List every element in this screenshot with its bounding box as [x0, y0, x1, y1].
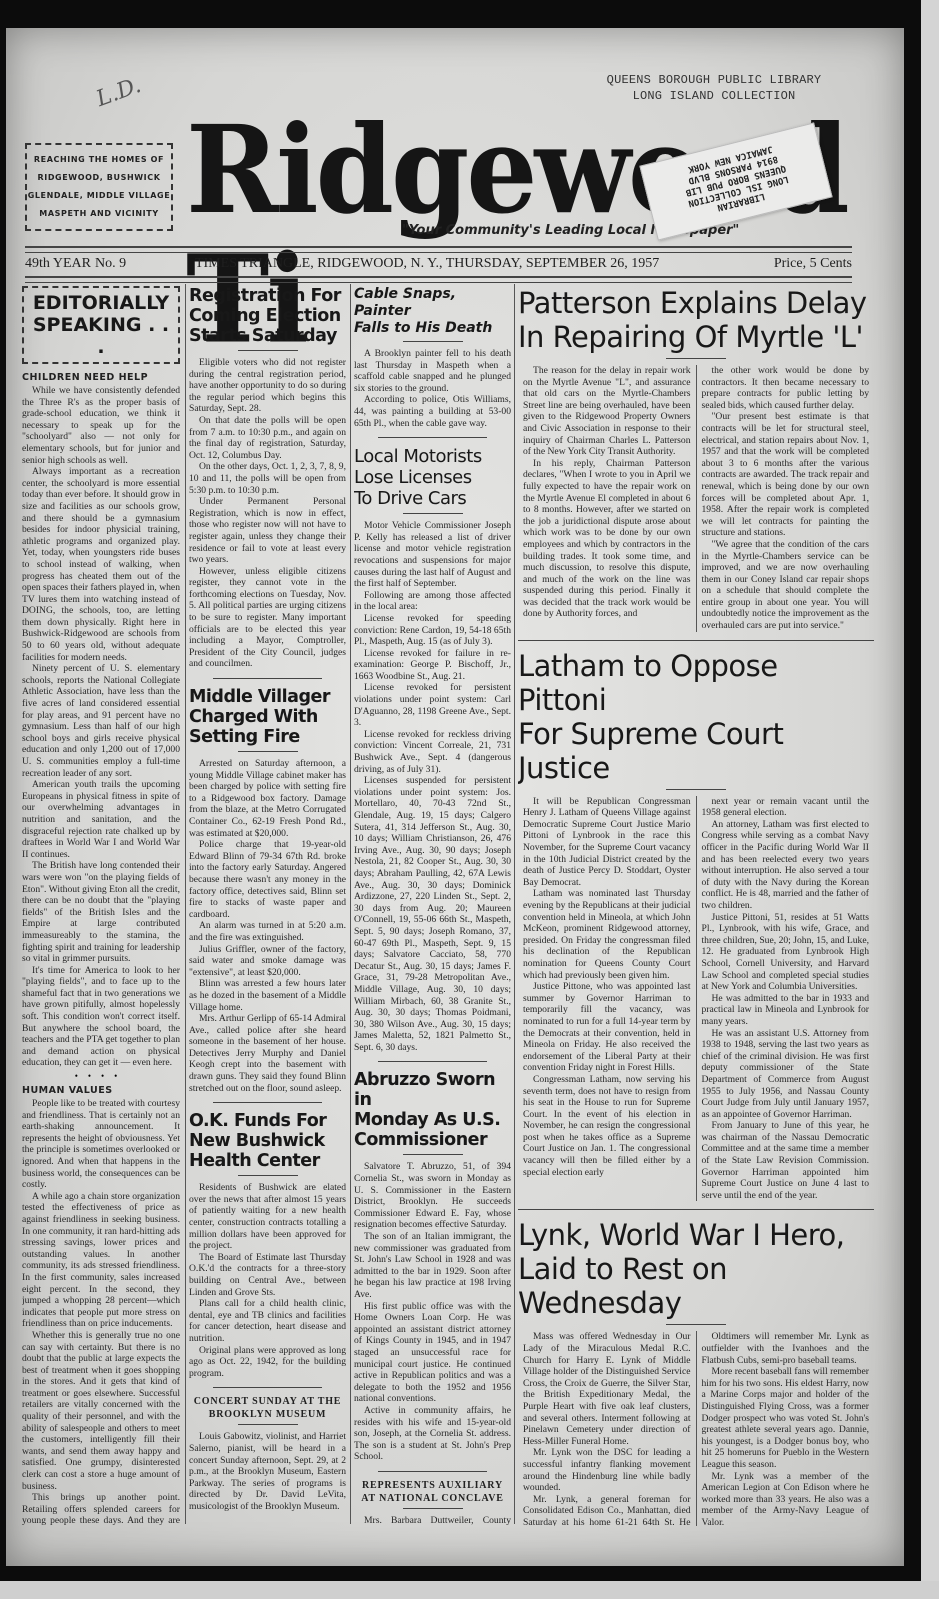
paragraph: "Our present best estimate is that contr…: [702, 411, 870, 539]
scan-edge-right: [921, 0, 939, 1599]
headline-auxiliary: REPRESENTS AUXILIARY AT NATIONAL CONCLAV…: [354, 1480, 511, 1504]
headline-line: Abruzzo Sworn in: [354, 1070, 511, 1110]
headline-line: O.K. Funds For: [189, 1111, 346, 1131]
masthead-rule-bottom: [25, 276, 852, 283]
place-date: TIMES TRIANGLE, RIDGEWOOD, N. Y., THURSD…: [195, 256, 774, 272]
newspaper-page: QUEENS BOROUGH PUBLIC LIBRARY LONG ISLAN…: [6, 28, 904, 1566]
paragraph: Oldtimers will remember Mr. Lynk as outf…: [702, 1331, 870, 1366]
article-body-motorists: Motor Vehicle Commissioner Joseph P. Kel…: [354, 520, 511, 1053]
right-columns: Patterson Explains Delay In Repairing Of…: [518, 286, 874, 1526]
circulation-line: RIDGEWOOD, BUSHWICK: [37, 169, 160, 187]
article-body-cable: A Brooklyn painter fell to his death las…: [354, 348, 511, 429]
masthead-rule-top: [25, 246, 852, 253]
text-column: the other work would be done by contract…: [697, 365, 875, 632]
paragraph: More recent baseball fans will remember …: [702, 1366, 870, 1470]
divider: [518, 640, 874, 641]
paragraph: Louis Gabowitz, violinist, and Harriet S…: [189, 1431, 346, 1512]
paragraph: It will be Republican Congressman Henry …: [523, 796, 691, 889]
divider: [403, 341, 463, 342]
headline-line: Latham to Oppose Pittoni: [518, 649, 874, 717]
headline-latham: Latham to Oppose Pittoni For Supreme Cou…: [518, 649, 874, 785]
headline-registration: Registration For Coming Election Starts …: [189, 286, 346, 346]
headline-line: CONCERT SUNDAY AT THE: [189, 1396, 346, 1407]
headline-line: Cable Snaps, Painter: [354, 286, 511, 320]
headline-lynk: Lynk, World War I Hero, Laid to Rest on …: [518, 1218, 874, 1320]
column-2: Registration For Coming Election Starts …: [189, 286, 346, 1526]
paragraph: Original plans were approved as long ago…: [189, 1345, 346, 1380]
article-body-latham: It will be Republican Congressman Henry …: [518, 796, 874, 1202]
paragraph: Ninety percent of U. S. elementary schoo…: [22, 663, 180, 779]
paragraph: Congressman Latham, now serving his seve…: [523, 1074, 691, 1178]
editorial-column: EDITORIALLY SPEAKING . . . CHILDREN NEED…: [22, 286, 180, 1526]
headline-line: Lose Licenses: [354, 467, 511, 488]
volume-year: 49th YEAR: [25, 256, 95, 272]
paragraph: Plans call for a child health clinic, de…: [189, 1298, 346, 1344]
divider: [378, 437, 488, 438]
paragraph: License revoked for failure in re-examin…: [354, 648, 511, 683]
paragraph: Eligible voters who did not register dur…: [189, 357, 346, 415]
headline-line: For Supreme Court Justice: [518, 717, 874, 785]
paragraph: Always important as a recreation center,…: [22, 466, 180, 663]
paragraph: The son of an Italian immigrant, the new…: [354, 1231, 511, 1301]
headline-line: Registration For: [189, 286, 346, 306]
circulation-line: REACHING THE HOMES OF: [34, 151, 164, 169]
divider: [666, 1324, 726, 1325]
paragraph: Mass was offered Wednesday in Our Lady o…: [523, 1331, 691, 1447]
headline-line: AT NATIONAL CONCLAVE: [354, 1493, 511, 1504]
column-rule: [350, 284, 351, 1524]
divider: [238, 1424, 298, 1425]
text-column: next year or remain vacant until the 195…: [697, 796, 875, 1202]
handwritten-mark: L.D.: [93, 73, 144, 112]
article-body-auxiliary: Mrs. Barbara Duttweiler, County Chairman…: [354, 1515, 511, 1526]
divider: [378, 1061, 488, 1062]
divider: [403, 1154, 463, 1155]
paragraph: "We agree that the condition of the cars…: [702, 539, 870, 632]
divider: [518, 1209, 874, 1210]
paragraph: According to police, Otis Williams, 44, …: [354, 394, 511, 429]
paragraph: Police charge that 19-year-old Edward Bl…: [189, 839, 346, 920]
headline-line: Health Center: [189, 1151, 346, 1171]
paragraph: An attorney, Latham was first elected to…: [702, 819, 870, 912]
headline-motorists: Local Motorists Lose Licenses To Drive C…: [354, 446, 511, 509]
paragraph: It's time for America to look to her "pl…: [22, 965, 180, 1069]
column-rule: [514, 284, 515, 1524]
paragraph: Mrs. Barbara Duttweiler, County Chairman…: [354, 1515, 511, 1526]
paragraph: Arrested on Saturday afternoon, a young …: [189, 758, 346, 839]
paragraph: He was an assistant U.S. Attorney from 1…: [702, 1028, 870, 1121]
paragraph: Mrs. Arthur Gerlipp of 65-14 Admiral Ave…: [189, 1013, 346, 1094]
paragraph: The British have long contended their wa…: [22, 860, 180, 964]
headline-patterson: Patterson Explains Delay In Repairing Of…: [518, 286, 874, 354]
paragraph: A while ago a chain store organization t…: [22, 1191, 180, 1330]
dateline: 49th YEAR No. 9 TIMES TRIANGLE, RIDGEWOO…: [25, 254, 852, 274]
headline-line: Starts Saturday: [189, 326, 346, 346]
divider: [213, 678, 323, 679]
divider: [213, 1387, 323, 1388]
paragraph: License revoked for persistent violation…: [354, 682, 511, 728]
article-body-patterson: The reason for the delay in repair work …: [518, 365, 874, 632]
divider: [378, 1471, 488, 1472]
editorial-subtitle: SPEAKING . . .: [30, 314, 172, 358]
paragraph: Salvatore T. Abruzzo, 51, of 394 Corneli…: [354, 1161, 511, 1231]
stamp-line-1: QUEENS BOROUGH PUBLIC LIBRARY: [604, 72, 824, 88]
article-body-registration: Eligible voters who did not register dur…: [189, 357, 346, 670]
article-body-health-center: Residents of Bushwick are elated over th…: [189, 1182, 346, 1379]
paragraph: On that date the polls will be open from…: [189, 415, 346, 461]
divider: [238, 751, 298, 752]
editorial-title: EDITORIALLY: [30, 292, 172, 314]
headline-line: Laid to Rest on Wednesday: [518, 1252, 874, 1320]
headline-line: Middle Villager: [189, 687, 346, 707]
headline-fire: Middle Villager Charged With Setting Fir…: [189, 687, 346, 747]
paragraph: On the other days, Oct. 1, 2, 3, 7, 8, 9…: [189, 461, 346, 496]
headline-line: Commissioner: [354, 1130, 511, 1150]
paragraph: While we have consistently defended the …: [22, 385, 180, 466]
scan-edge-bottom: [0, 1581, 939, 1599]
paragraph: Latham was nominated last Thursday eveni…: [523, 888, 691, 981]
headline-line: To Drive Cars: [354, 488, 511, 509]
headline-line: Setting Fire: [189, 727, 346, 747]
headline-line: Patterson Explains Delay: [518, 286, 874, 320]
headline-health-center: O.K. Funds For New Bushwick Health Cente…: [189, 1111, 346, 1171]
paragraph: Justice Pittone, who was appointed last …: [523, 981, 691, 1074]
headline-line: Monday As U.S.: [354, 1110, 511, 1130]
paragraph: Under Permanent Personal Registration, w…: [189, 496, 346, 566]
paragraph: Whether this is generally true no one ca…: [22, 1330, 180, 1492]
headline-line: Lynk, World War I Hero,: [518, 1218, 874, 1252]
paragraph: Mr. Lynk was a member of the American Le…: [702, 1471, 870, 1526]
divider: [238, 350, 298, 351]
editorial-subhead: CHILDREN NEED HELP: [22, 372, 180, 383]
paragraph: License revoked for reckless driving con…: [354, 729, 511, 775]
headline-line: New Bushwick: [189, 1131, 346, 1151]
paragraph: People like to be treated with courtesy …: [22, 1098, 180, 1191]
text-column: It will be Republican Congressman Henry …: [518, 796, 697, 1202]
paragraph: Blinn was arrested a few hours later as …: [189, 978, 346, 1013]
paragraph: Julius Griffler, owner of the factory, s…: [189, 944, 346, 979]
headline-cable: Cable Snaps, Painter Falls to His Death: [354, 286, 511, 337]
column-rule: [185, 284, 186, 1524]
divider: [238, 1175, 298, 1176]
paragraph: Following are among those affected in th…: [354, 590, 511, 613]
paragraph: Justice Pittoni, 51, resides at 51 Watts…: [702, 912, 870, 993]
headline-concert: CONCERT SUNDAY AT THE BROOKLYN MUSEUM: [189, 1396, 346, 1420]
headline-line: BROOKLYN MUSEUM: [189, 1409, 346, 1420]
headline-line: Falls to His Death: [354, 320, 511, 337]
text-column: Mass was offered Wednesday in Our Lady o…: [518, 1331, 697, 1526]
headline-abruzzo: Abruzzo Sworn in Monday As U.S. Commissi…: [354, 1070, 511, 1150]
paragraph: next year or remain vacant until the 195…: [702, 796, 870, 819]
paragraph: He was admitted to the bar in 1933 and p…: [702, 993, 870, 1028]
paragraph: American youth trails the upcoming Europ…: [22, 779, 180, 860]
paragraph: In his reply, Chairman Patterson declare…: [523, 458, 691, 620]
column-3: Cable Snaps, Painter Falls to His Death …: [354, 286, 511, 1526]
text-column: Oldtimers will remember Mr. Lynk as outf…: [697, 1331, 875, 1526]
article-body-lynk: Mass was offered Wednesday in Our Lady o…: [518, 1331, 874, 1526]
paragraph: Licenses suspended for persistent violat…: [354, 775, 511, 1053]
divider: [403, 513, 463, 514]
section-divider: ••••: [22, 1071, 180, 1081]
paragraph: The reason for the delay in repair work …: [523, 365, 691, 458]
paragraph: Motor Vehicle Commissioner Joseph P. Kel…: [354, 520, 511, 590]
paragraph: An alarm was turned in at 5:20 a.m. and …: [189, 920, 346, 943]
circulation-line: MASPETH AND VICINITY: [39, 205, 158, 223]
headline-line: Local Motorists: [354, 446, 511, 467]
paragraph: This brings up another point. Retailing …: [22, 1492, 180, 1526]
editorial-body: While we have consistently defended the …: [22, 385, 180, 1069]
circulation-line: GLENDALE, MIDDLE VILLAGE: [28, 187, 171, 205]
divider: [213, 1102, 323, 1103]
paragraph: the other work would be done by contract…: [702, 365, 870, 411]
paragraph: From January to June of this year, he wa…: [702, 1120, 870, 1201]
paragraph: However, unless eligible citizens regist…: [189, 566, 346, 670]
paragraph: His first public office was with the Hom…: [354, 1301, 511, 1405]
paragraph: A Brooklyn painter fell to his death las…: [354, 348, 511, 394]
editorial-body: People like to be treated with courtesy …: [22, 1098, 180, 1526]
divider: [403, 1508, 463, 1509]
headline-line: In Repairing Of Myrtle 'L': [518, 320, 874, 354]
headline-line: Charged With: [189, 707, 346, 727]
editorial-box: EDITORIALLY SPEAKING . . .: [22, 286, 180, 364]
divider: [666, 358, 726, 359]
circulation-box: REACHING THE HOMES OF RIDGEWOOD, BUSHWIC…: [25, 143, 173, 231]
paragraph: Active in community affairs, he resides …: [354, 1405, 511, 1463]
paragraph: Mr. Lynk, a general foreman for Consolid…: [523, 1494, 691, 1526]
article-body-fire: Arrested on Saturday afternoon, a young …: [189, 758, 346, 1094]
issue-price: Price, 5 Cents: [774, 256, 852, 272]
issue-number: No. 9: [95, 256, 195, 272]
article-body-concert: Louis Gabowitz, violinist, and Harriet S…: [189, 1431, 346, 1512]
paragraph: Mr. Lynk won the DSC for leading a succe…: [523, 1447, 691, 1493]
headline-line: Coming Election: [189, 306, 346, 326]
headline-line: REPRESENTS AUXILIARY: [354, 1480, 511, 1491]
paragraph: Residents of Bushwick are elated over th…: [189, 1182, 346, 1252]
text-column: The reason for the delay in repair work …: [518, 365, 697, 632]
paragraph: License revoked for speeding conviction:…: [354, 613, 511, 648]
paragraph: The Board of Estimate last Thursday O.K.…: [189, 1252, 346, 1298]
article-body-abruzzo: Salvatore T. Abruzzo, 51, of 394 Corneli…: [354, 1161, 511, 1462]
divider: [666, 789, 726, 790]
editorial-subhead: HUMAN VALUES: [22, 1085, 180, 1096]
